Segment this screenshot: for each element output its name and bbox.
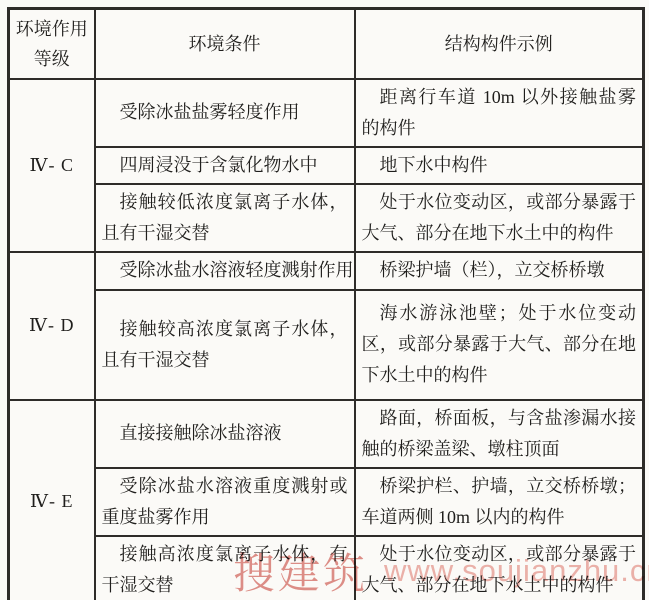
example-cell: 路面，桥面板，与含盐渗漏水接触的桥梁盖梁、墩柱顶面 [355, 400, 644, 468]
header-example-cell: 结构构件示例 [355, 9, 644, 79]
condition-cell: 受除冰盐水溶液重度溅射或重度盐雾作用 [95, 468, 355, 536]
condition-cell: 受除冰盐水溶液轻度溅射作用 [95, 252, 355, 290]
example-cell: 处于水位变动区，或部分暴露于大气、部分在地下水土中的构件 [355, 536, 644, 600]
header-grade-line2: 等级 [10, 44, 94, 74]
condition-cell: 四周浸没于含氯化物水中 [95, 147, 355, 184]
grade-cell: Ⅳ- D [9, 252, 95, 400]
example-cell-text: 桥梁护栏、护墙，立交桥桥墩；车道两侧 10m 以内的构件 [356, 469, 643, 535]
example-cell: 桥梁护墙（栏），立交桥桥墩 [355, 252, 644, 290]
table-row: 接触较低浓度氯离子水体，且有干湿交替处于水位变动区，或部分暴露于大气、部分在地下… [9, 184, 644, 252]
condition-cell: 接触高浓度氯离子水体，有干湿交替 [95, 536, 355, 600]
header-grade-line1: 环境作用 [10, 14, 94, 44]
example-cell: 海水游泳池壁；处于水位变动区，或部分暴露于大气、部分在地下水土中的构件 [355, 290, 644, 400]
table-body: Ⅳ- C受除冰盐盐雾轻度作用距离行车道 10m 以外接触盐雾的构件四周浸没于含氯… [9, 79, 644, 600]
header-row: 环境作用 等级 环境条件 结构构件示例 [9, 9, 644, 79]
table-row: 接触较高浓度氯离子水体，且有干湿交替海水游泳池壁；处于水位变动区，或部分暴露于大… [9, 290, 644, 400]
condition-cell-text: 受除冰盐水溶液重度溅射或重度盐雾作用 [96, 469, 354, 535]
grade-cell: Ⅳ- C [9, 79, 95, 252]
condition-cell-text: 受除冰盐盐雾轻度作用 [96, 95, 354, 130]
condition-cell-text: 接触较低浓度氯离子水体，且有干湿交替 [96, 185, 354, 251]
table-row: Ⅳ- D受除冰盐水溶液轻度溅射作用桥梁护墙（栏），立交桥桥墩 [9, 252, 644, 290]
condition-cell-text: 接触较高浓度氯离子水体，且有干湿交替 [96, 312, 354, 378]
condition-cell-text: 受除冰盐水溶液轻度溅射作用 [96, 253, 354, 288]
grade-cell: Ⅳ- E [9, 400, 95, 600]
condition-cell: 接触较低浓度氯离子水体，且有干湿交替 [95, 184, 355, 252]
example-cell-text: 海水游泳池壁；处于水位变动区，或部分暴露于大气、部分在地下水土中的构件 [356, 296, 643, 393]
example-cell-text: 路面，桥面板，与含盐渗漏水接触的桥梁盖梁、墩柱顶面 [356, 401, 643, 467]
table-row: 四周浸没于含氯化物水中地下水中构件 [9, 147, 644, 184]
example-cell: 桥梁护栏、护墙，立交桥桥墩；车道两侧 10m 以内的构件 [355, 468, 644, 536]
example-cell: 距离行车道 10m 以外接触盐雾的构件 [355, 79, 644, 147]
example-cell: 处于水位变动区，或部分暴露于大气、部分在地下水土中的构件 [355, 184, 644, 252]
example-cell-text: 处于水位变动区，或部分暴露于大气、部分在地下水土中的构件 [356, 185, 643, 251]
example-cell: 地下水中构件 [355, 147, 644, 184]
condition-cell: 受除冰盐盐雾轻度作用 [95, 79, 355, 147]
example-cell-text: 桥梁护墙（栏），立交桥桥墩 [356, 253, 643, 288]
table-row: 受除冰盐水溶液重度溅射或重度盐雾作用桥梁护栏、护墙，立交桥桥墩；车道两侧 10m… [9, 468, 644, 536]
environment-table: 环境作用 等级 环境条件 结构构件示例 Ⅳ- C受除冰盐盐雾轻度作用距离行车道 … [7, 7, 645, 600]
condition-cell-text: 四周浸没于含氯化物水中 [96, 148, 354, 183]
condition-cell-text: 直接接触除冰盐溶液 [96, 416, 354, 451]
example-cell-text: 处于水位变动区，或部分暴露于大气、部分在地下水土中的构件 [356, 537, 643, 600]
header-condition-cell: 环境条件 [95, 9, 355, 79]
table-row: Ⅳ- C受除冰盐盐雾轻度作用距离行车道 10m 以外接触盐雾的构件 [9, 79, 644, 147]
example-cell-text: 地下水中构件 [356, 148, 643, 183]
table-row: Ⅳ- E直接接触除冰盐溶液路面，桥面板，与含盐渗漏水接触的桥梁盖梁、墩柱顶面 [9, 400, 644, 468]
condition-cell-text: 接触高浓度氯离子水体，有干湿交替 [96, 537, 354, 600]
condition-cell: 直接接触除冰盐溶液 [95, 400, 355, 468]
table-row: 接触高浓度氯离子水体，有干湿交替处于水位变动区，或部分暴露于大气、部分在地下水土… [9, 536, 644, 600]
example-cell-text: 距离行车道 10m 以外接触盐雾的构件 [356, 80, 643, 146]
condition-cell: 接触较高浓度氯离子水体，且有干湿交替 [95, 290, 355, 400]
header-grade-cell: 环境作用 等级 [9, 9, 95, 79]
page: 环境作用 等级 环境条件 结构构件示例 Ⅳ- C受除冰盐盐雾轻度作用距离行车道 … [0, 0, 649, 600]
